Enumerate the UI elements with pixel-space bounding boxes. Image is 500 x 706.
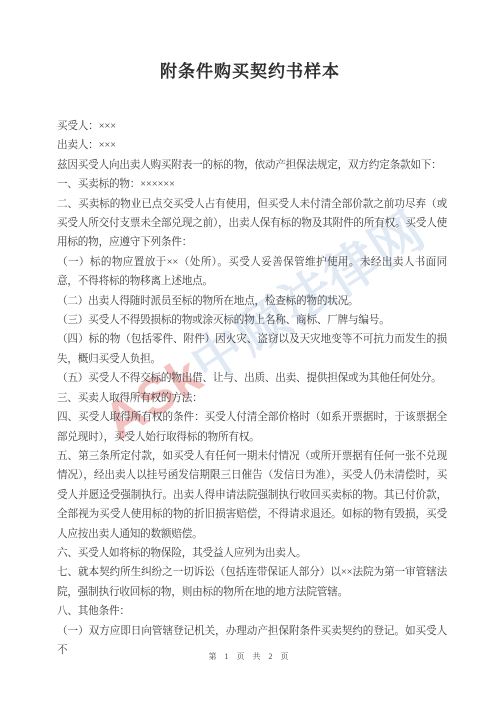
- contract-page: 附条件购买契约书样本 ASk中顾法律网 买受人：×××出卖人：×××兹因买受人向…: [0, 0, 500, 706]
- contract-paragraph: 三、买卖人取得所有权的方法：: [57, 389, 447, 408]
- contract-paragraph: （三）买受人不得毁损标的物或涂灭标的物上名称、商标、厂牌与编号。: [57, 311, 447, 330]
- contract-paragraph: 一、买卖标的物：××××××: [57, 175, 447, 194]
- contract-paragraph: 五、第三条所定付款，如买受人有任何一期未付情况（或所开票据有任何一张不兑现情况）…: [57, 447, 447, 544]
- contract-paragraph: 四、买受人取得所有权的条件：买受人付清全部价格时（如系开票据时，于该票据全部兑现…: [57, 408, 447, 447]
- page-number: 第 1 页 共 2 页: [0, 651, 500, 662]
- contract-paragraph: 出卖人：×××: [57, 136, 447, 155]
- document-title: 附条件购买契约书样本: [0, 0, 500, 82]
- contract-paragraph: （一）标的物应置放于××（处所）。买受人妥善保管维护使用。未经出卖人书面同意，不…: [57, 253, 447, 292]
- contract-paragraph: 六、买受人如将标的物保险，其受益人应列为出卖人。: [57, 544, 447, 563]
- contract-paragraph: 七、就本契约所生纠纷之一切诉讼（包括连带保证人部分）以××法院为第一审管辖法院，…: [57, 563, 447, 602]
- contract-paragraph: （二）出卖人得随时派员至标的物所在地点，检查标的物的状况。: [57, 292, 447, 311]
- contract-paragraph: 二、买卖标的物业已点交买受人占有使用，但买受人未付清全部价款之前功尽弃（或买受人…: [57, 195, 447, 253]
- contract-paragraph: 买受人：×××: [57, 117, 447, 136]
- contract-paragraph: （四）标的物（包括零件、附件）因火灾、盗窃以及天灾地变等不可抗力而发生的损失，概…: [57, 330, 447, 369]
- contract-paragraph: 兹因买受人向出卖人购买附表一的标的物，依动产担保法规定，双方约定条款如下：: [57, 156, 447, 175]
- contract-paragraph: （五）买受人不得交标的物出借、让与、出质、出卖、提供担保或为其他任何处分。: [57, 369, 447, 388]
- contract-body: 买受人：×××出卖人：×××兹因买受人向出卖人购买附表一的标的物，依动产担保法规…: [57, 117, 447, 660]
- contract-paragraph: 八、其他条件：: [57, 602, 447, 621]
